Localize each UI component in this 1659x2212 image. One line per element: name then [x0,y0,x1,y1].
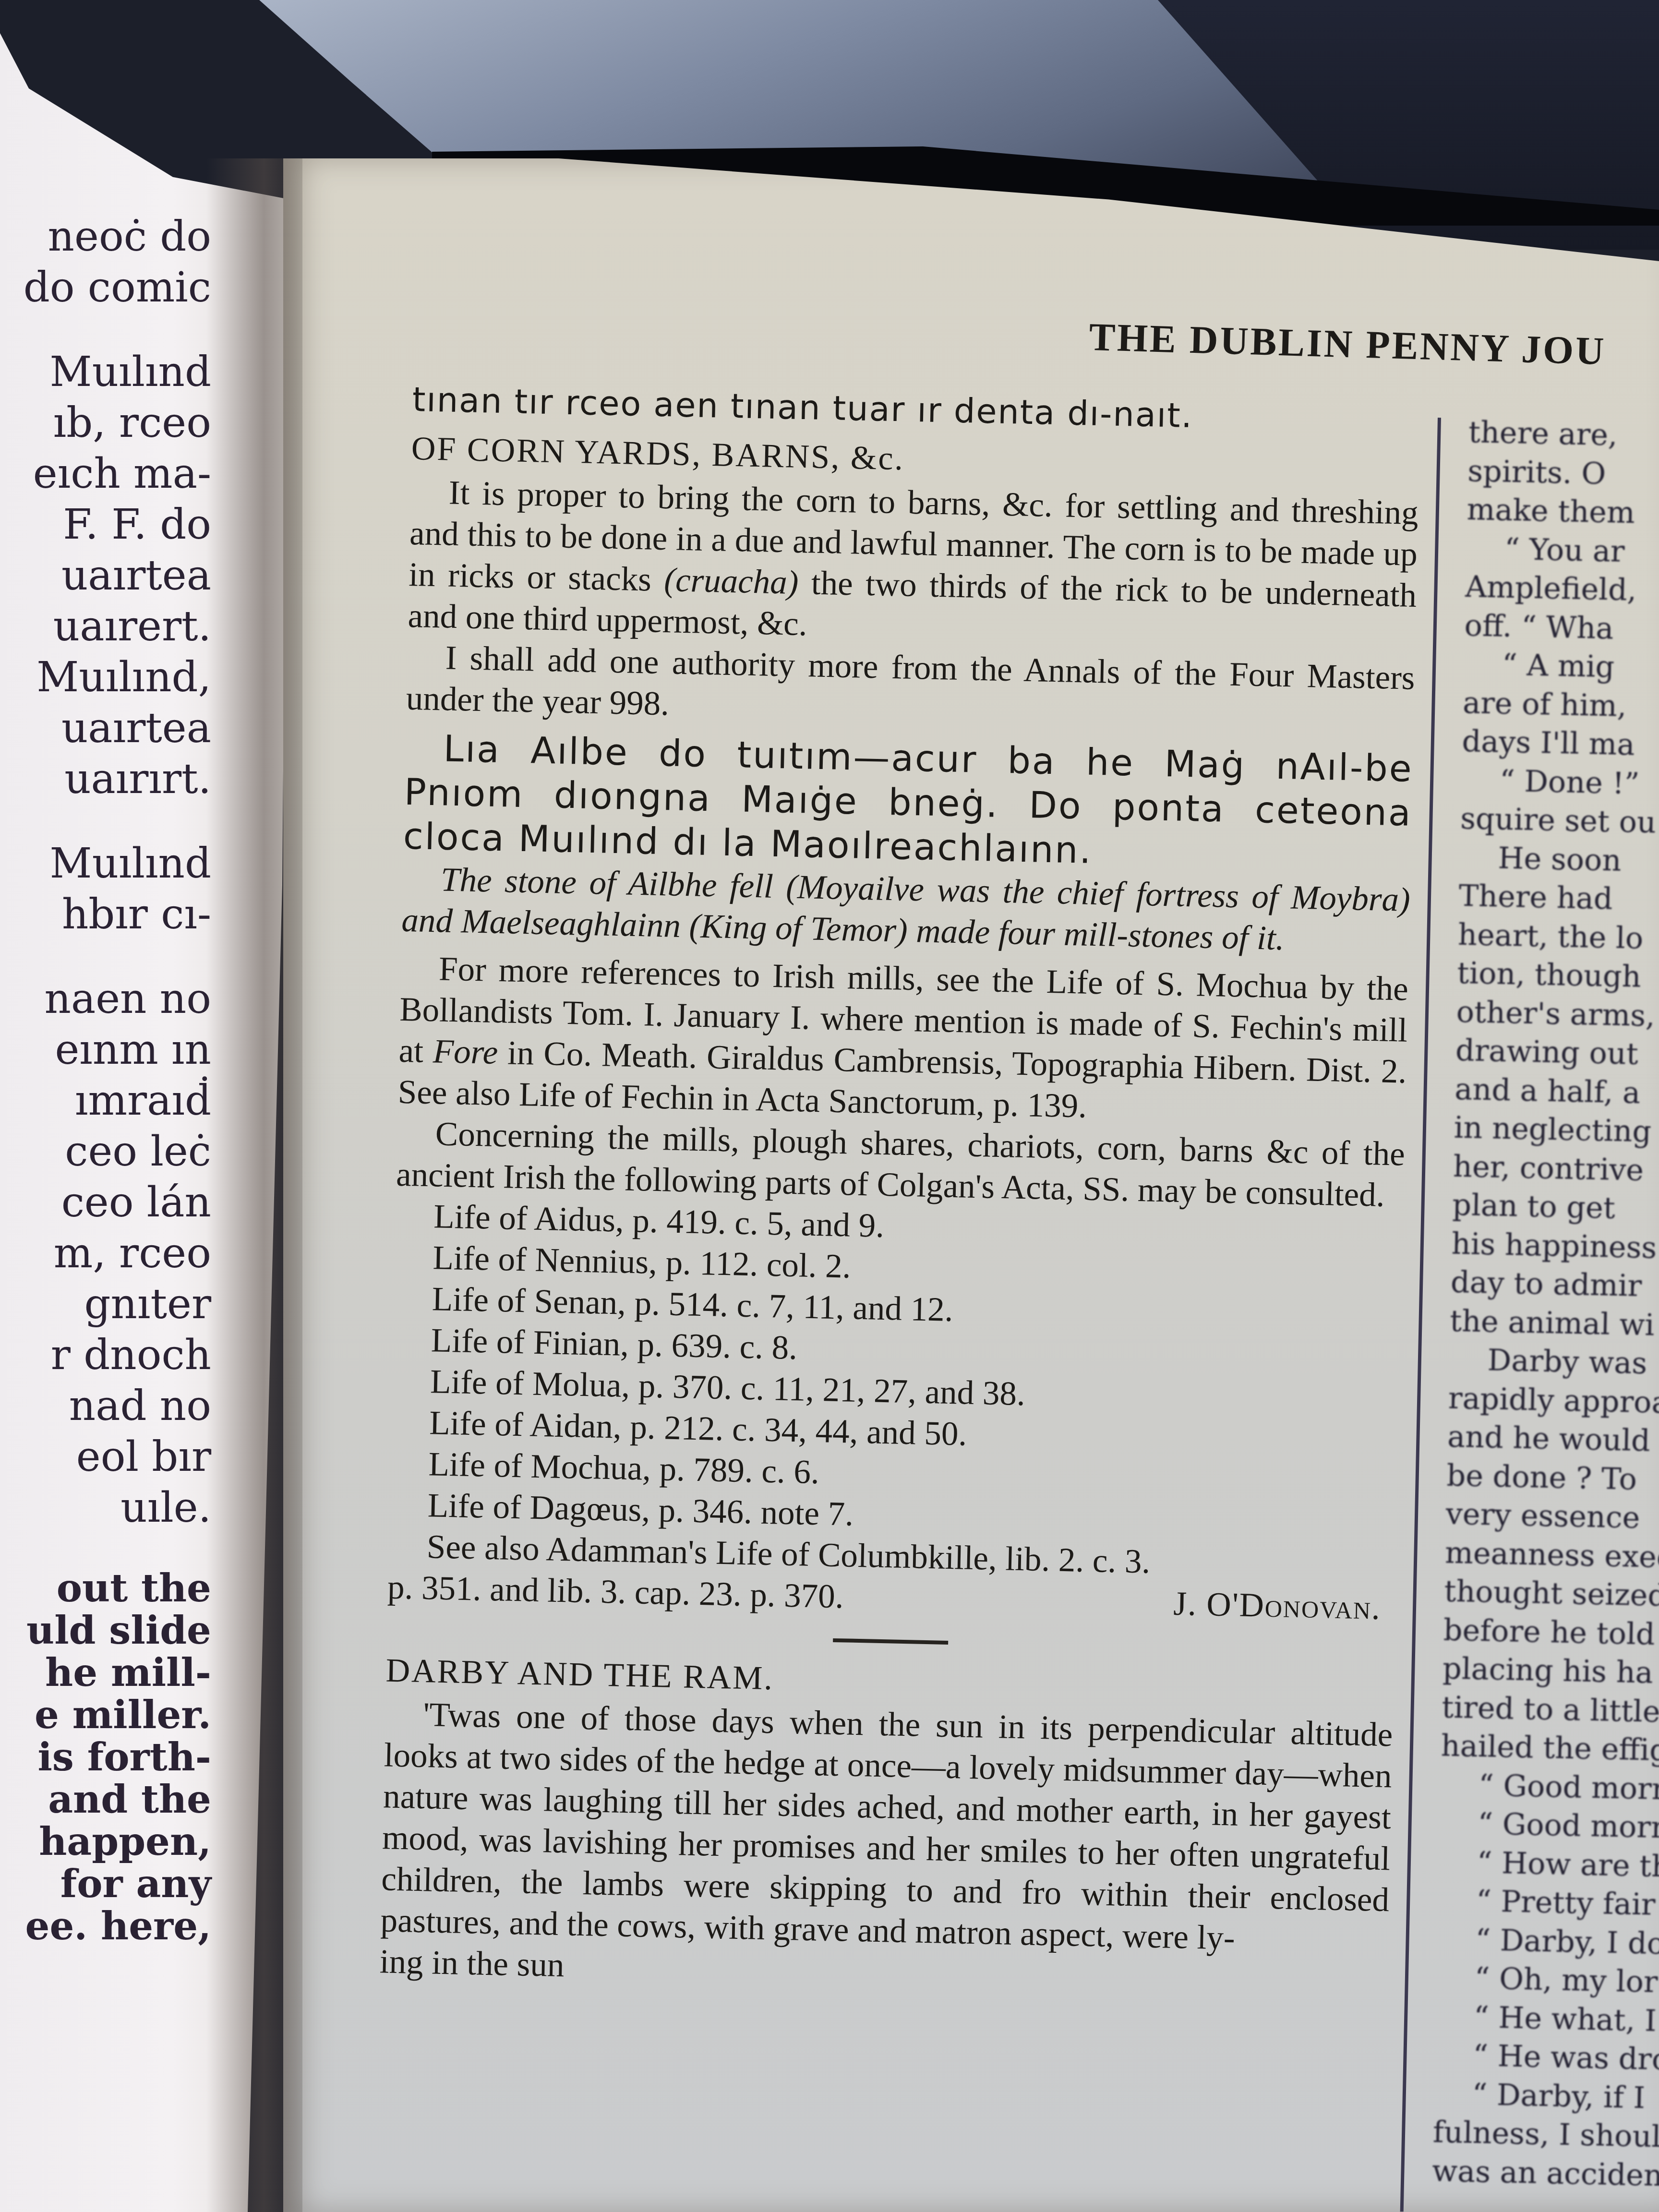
left-page-line: r dnoch [0,1330,211,1381]
right-column-line: and he would [1447,1418,1659,1462]
right-column-line: “ You ar [1466,529,1659,573]
right-column-line: “ Darby, if I [1433,2074,1659,2119]
right-column-line: There had [1458,877,1659,921]
right-column-line: “ Good morn [1439,1803,1659,1848]
irish-quote: Lıa Aılbe do tuıtım—acur ba he Maġ nAıl-… [403,726,1413,879]
left-page-line: neoċ do [0,211,211,262]
left-page-line: F. F. do [0,499,211,550]
left-page-line: uld slide [0,1609,211,1651]
main-column: tınan tır rceo aen tınan tuar ır denta d… [379,379,1420,2003]
right-column-line: “ He what, I [1435,1997,1659,2042]
left-page-line: naen no [0,974,211,1024]
right-column-line: off. “ Wha [1464,606,1659,650]
right-column-line: “ He was dro [1434,2035,1659,2080]
left-page-gap [0,313,211,347]
right-column-line: thought seized [1444,1572,1659,1616]
left-page-line: ımraıḋ [0,1075,211,1126]
right-column-line: days I'll ma [1462,722,1659,767]
left-page-line: do comic [0,262,211,313]
italic-term: (cruacha) [664,561,799,601]
left-page-line: ceo lán [0,1177,211,1228]
left-page-line: hbır cı- [0,889,211,940]
left-page-line: uaırert. [0,601,211,652]
section-divider [833,1638,948,1645]
left-page-line: ee. here, [0,1905,211,1947]
left-page-line: Muılınd [0,347,211,397]
right-column-line: tired to a little [1442,1688,1659,1732]
left-page-line: eol bır [0,1431,211,1482]
right-column-line: there are, [1468,413,1659,457]
gutter-shadow [206,158,302,2212]
right-column-line: drawing out [1455,1031,1659,1076]
right-column-line: fulness, I shoul [1432,2113,1659,2157]
left-page-line: for any [0,1863,211,1905]
right-column-line: tion, though [1457,954,1659,998]
left-page-line: uaırtea [0,703,211,754]
right-column-line: his happiness [1451,1224,1659,1269]
right-column-line: in neglecting [1454,1108,1659,1153]
right-column-line: plan to get [1452,1186,1659,1230]
right-column-line: “ Good morn [1440,1765,1659,1810]
left-page-line: ıb, rceo [0,397,211,448]
right-column-line: be done ? To [1446,1456,1659,1501]
left-page-gap [0,1533,211,1567]
right-column-line: make them [1467,490,1659,535]
author-signature: J. O'Donovan. [1173,1583,1382,1629]
right-column-line: and a half, a [1455,1070,1659,1114]
left-page-line: e miller. [0,1694,211,1736]
left-page-line: ceo leċ [0,1126,211,1177]
right-column-line: heart, the lo [1457,915,1659,960]
left-page-gap [0,940,211,974]
right-column-line: very essence [1445,1495,1659,1539]
right-column-line: before he told [1443,1611,1659,1655]
right-column-line: “ How are th [1438,1842,1659,1887]
right-column-line: Darby was [1449,1340,1659,1385]
right-column-line: squire set ou [1460,799,1659,844]
left-page-line: eıch ma- [0,448,211,499]
right-column-line: meanness exec [1444,1533,1659,1578]
left-page-line: he mill- [0,1651,211,1694]
story-paragraph: 'Twas one of those days when the sun in … [380,1693,1393,1962]
left-page-line: uaırırt. [0,754,211,805]
left-page-line: nad no [0,1381,211,1431]
right-column-line: “ Pretty fair [1437,1881,1659,1925]
left-page-line: and the [0,1778,211,1820]
left-page-text: neoċ dodo comicMuılındıb, rceoeıch ma-F.… [0,211,211,1947]
right-column-line: other's arms, [1456,992,1659,1037]
right-column-line: placing his ha [1442,1649,1659,1694]
reference-list: Life of Aidus, p. 419. c. 5, and 9.Life … [389,1195,1404,1547]
left-page-line: is forth- [0,1736,211,1778]
right-column-line: was an accident [1431,2152,1659,2196]
right-column-line: “ Oh, my lor [1436,1958,1659,2003]
left-page-line: m, rceo [0,1228,211,1279]
left-page-line: Muılınd [0,838,211,889]
right-column-line: are of him, [1463,683,1659,728]
left-page-line: out the [0,1567,211,1609]
right-column: there are,spirits. Omake them“ You arAmp… [1431,413,1659,2196]
right-column-line: the animal wi [1450,1301,1659,1346]
paragraph: For more references to Irish mills, see … [397,948,1409,1134]
right-column-line: Amplefield, [1465,567,1659,612]
left-page-line: uıle. [0,1482,211,1533]
right-column-line: “ A mig [1463,645,1659,689]
left-page-line: gnıter [0,1279,211,1330]
right-column-line: her, contrive [1453,1147,1659,1191]
paragraph: It is proper to bring the corn to barns,… [408,471,1419,658]
right-column-line: hailed the effigy [1441,1726,1659,1771]
left-page-gap [0,805,211,838]
right-column-line: “ Done !” [1461,760,1659,805]
left-page-line: uaırtea [0,550,211,601]
right-column-line: He soon [1459,838,1659,882]
right-column-line: “ Darby, I do [1437,1920,1659,1964]
left-page-line: happen, [0,1820,211,1863]
right-column-line: rapidly approa [1448,1379,1659,1423]
left-page-line: Muılınd, [0,652,211,703]
right-column-line: spirits. O [1467,451,1659,496]
right-column-line: day to admir [1450,1263,1659,1308]
left-page-line: eınm ın [0,1024,211,1075]
